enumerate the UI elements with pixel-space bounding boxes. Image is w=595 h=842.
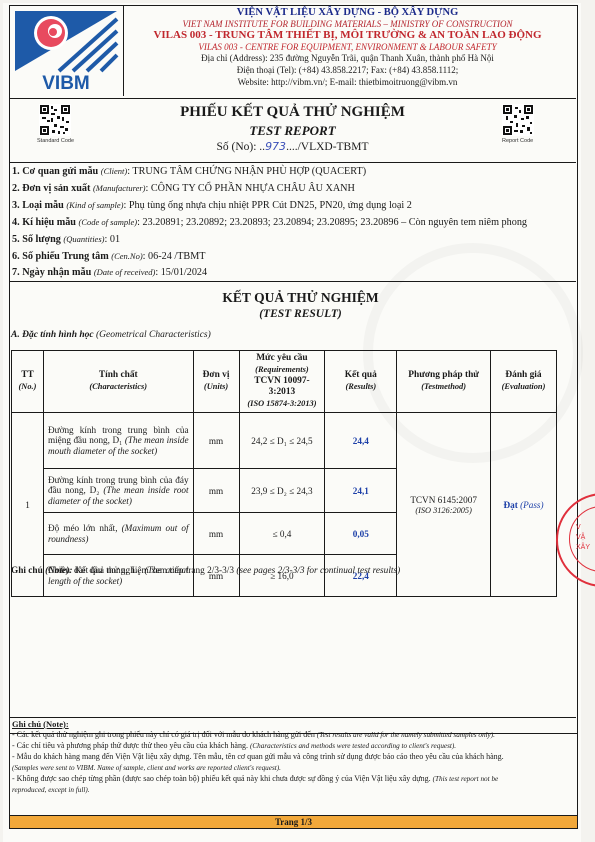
info-client: 1. Cơ quan gửi mẫu (Client): TRUNG TÂM C… — [12, 166, 366, 177]
unit-cell: mm — [193, 513, 239, 555]
info-code-of-sample: 4. Kí hiệu mẫu (Code of sample): 23.2089… — [12, 217, 527, 228]
institute-name-vn: VIỆN VẬT LIỆU XÂY DỰNG - BỘ XÂY DỰNG — [125, 7, 570, 19]
results-title-vn: KẾT QUẢ THỬ NGHIỆM — [3, 290, 595, 306]
footnote-line: - Các chỉ tiêu và phương pháp thử được t… — [12, 741, 456, 751]
info-centre-number: 6. Số phiếu Trung tâm (Cen.No): 06-24 /T… — [12, 251, 206, 262]
website-email: Website: http://vibm.vn/; E-mail: thietb… — [125, 77, 570, 89]
svg-text:VIBM: VIBM — [42, 73, 90, 93]
report-number-suffix: ..../VLXD-TBMT — [286, 141, 368, 153]
report-number-prefix: Số (No): .. — [217, 141, 266, 153]
col-units: Đơn vị(Units) — [193, 351, 239, 413]
requirement-cell: 24,2 ≤ D₁ ≤ 24,5 — [239, 413, 325, 469]
requirement-cell: ≤ 0,4 — [239, 513, 325, 555]
address: Địa chỉ (Address): 235 đường Nguyễn Trãi… — [125, 53, 570, 65]
footnote-line: (Samples were sent to VIBM. Name of samp… — [12, 763, 281, 773]
results-title-en: (TEST RESULT) — [3, 308, 595, 320]
unit-cell: mm — [193, 469, 239, 513]
table-header-row: TT(No.) Tính chất(Characteristics) Đơn v… — [12, 351, 557, 413]
table-row: 1 Đường kính trong trung bình của miệng … — [12, 413, 557, 469]
result-cell: 24,1 — [325, 469, 397, 513]
footnote-line: - Các kết quả thử nghiệm ghi trong phiếu… — [12, 730, 495, 740]
footnote-line: - Mẫu do khách hàng mang đến Viện Vật li… — [12, 752, 504, 762]
document-page: VIBM VIỆN VẬT LIỆU XÂY DỰNG - BỘ XÂY DỰN… — [3, 3, 581, 842]
info-date-received: 7. Ngày nhận mẫu (Date of received): 15/… — [12, 267, 207, 278]
characteristic-cell: Đường kính trong trung bình của miệng đầ… — [43, 413, 193, 469]
results-note: Ghi chú (Note): Kết quả thử nghiệm xem t… — [11, 566, 400, 576]
info-quantities: 5. Số lượng (Quantities): 01 — [12, 234, 120, 245]
sample-info: 1. Cơ quan gửi mẫu (Client): TRUNG TÂM C… — [9, 162, 576, 282]
centre-name-vn: VILAS 003 - TRUNG TÂM THIẾT BỊ, MÔI TRƯỜ… — [125, 30, 570, 42]
footnotes-title: Ghi chú (Note): — [12, 719, 69, 729]
col-characteristics: Tính chất(Characteristics) — [43, 351, 193, 413]
page-number-bar: Trang 1/3 — [9, 815, 578, 829]
vibm-logo-icon: VIBM — [13, 9, 119, 93]
evaluation-cell: Đạt (Pass) — [491, 413, 557, 597]
result-cell: 24,4 — [325, 413, 397, 469]
institute-info: VIỆN VẬT LIỆU XÂY DỰNG - BỘ XÂY DỰNG VIE… — [125, 7, 570, 88]
col-requirements: Mức yêu cầu(Requirements)TCVN 10097-3:20… — [239, 351, 325, 413]
col-no: TT(No.) — [12, 351, 44, 413]
unit-cell: mm — [193, 413, 239, 469]
footnote-line: - Không được sao chép từng phần (được sa… — [12, 774, 498, 784]
report-number: Số (No): ..973..../VLXD-TBMT — [9, 140, 576, 153]
col-results: Kết quả(Results) — [325, 351, 397, 413]
testmethod-cell: TCVN 6145:2007(ISO 3126:2005) — [397, 413, 491, 597]
results-table: TT(No.) Tính chất(Characteristics) Đơn v… — [11, 350, 557, 597]
col-testmethod: Phương pháp thử(Testmethod) — [397, 351, 491, 413]
characteristic-cell: Đường kính trong trung bình của đáy đầu … — [43, 469, 193, 513]
col-evaluation: Đánh giá(Evaluation) — [491, 351, 557, 413]
footnote-line: reproduced, except in full). — [12, 785, 90, 795]
report-number-handwritten: 973 — [265, 140, 286, 153]
report-title-vn: PHIẾU KẾT QUẢ THỬ NGHIỆM — [9, 104, 576, 121]
report-title-en: TEST REPORT — [9, 123, 576, 139]
info-manufacturer: 2. Đơn vị sản xuất (Manufacturer): CÔNG … — [12, 183, 355, 194]
info-kind-of-sample: 3. Loại mẫu (Kind of sample): Phụ tùng ố… — [12, 200, 412, 211]
report-title-area: Standard Code Report Code PHIẾU KẾT QUẢ … — [9, 98, 576, 163]
centre-name-en: VILAS 003 - CENTRE FOR EQUIPMENT, ENVIRO… — [125, 42, 570, 54]
characteristic-cell: Độ méo lớn nhất, (Maximum out of roundne… — [43, 513, 193, 555]
vibm-logo: VIBM — [9, 6, 124, 96]
result-cell: 0,05 — [325, 513, 397, 555]
section-a-heading: A. Đặc tính hình học (Geometrical Charac… — [11, 330, 211, 340]
red-seal-text: VVẬXÂY — [576, 523, 590, 553]
phone-fax: Điện thoại (Tel): (+84) 43.858.2217; Fax… — [125, 65, 570, 77]
requirement-cell: 23,9 ≤ D₂ ≤ 24,3 — [239, 469, 325, 513]
